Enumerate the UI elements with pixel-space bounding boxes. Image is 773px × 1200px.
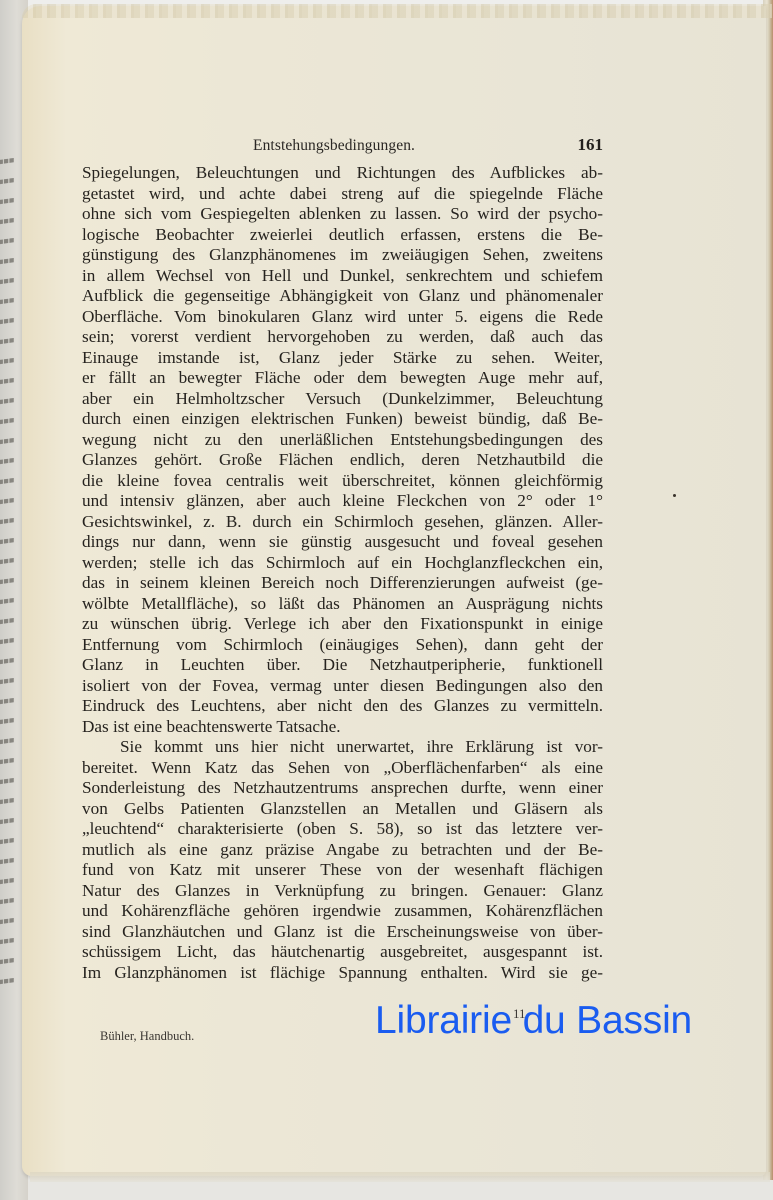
text-line: Gesichtswinkel, z. B. durch ein Schirmlo…: [82, 512, 603, 533]
text-line: und Kohärenzfläche gehören irgendwie zus…: [82, 901, 603, 922]
text-line: Glanz in Leuchten über. Die Netzhautperi…: [82, 655, 603, 676]
page-number: 161: [578, 135, 604, 155]
running-head: Entstehungsbedingungen. 161: [253, 135, 603, 157]
text-line: Natur des Glanzes in Verknüpfung zu brin…: [82, 881, 603, 902]
text-line-paragraph-start: Sie kommt uns hier nicht unerwartet, ihr…: [82, 737, 603, 758]
footer-signature: Bühler, Handbuch.: [100, 1029, 194, 1044]
text-line: logische Beobachter zweierlei deutlich e…: [82, 225, 603, 246]
text-line: „leuchtend“ charakterisierte (oben S. 58…: [82, 819, 603, 840]
text-line: Oberfläche. Vom binokularen Glanz wird u…: [82, 307, 603, 328]
text-line: durch einen einzigen elektrischen Funken…: [82, 409, 603, 430]
paper-speck: [673, 494, 676, 497]
text-line: wölbte Metallfläche), so läßt das Phänom…: [82, 594, 603, 615]
text-line: ohne sich vom Gespiegelten ablenken zu l…: [82, 204, 603, 225]
text-line: schüssigem Licht, das häutchenartig ausg…: [82, 942, 603, 963]
text-line: aber ein Helmholtzscher Versuch (Dunkelz…: [82, 389, 603, 410]
text-line: isoliert von der Fovea, vermag unter die…: [82, 676, 603, 697]
text-line: getastet wird, und achte dabei streng au…: [82, 184, 603, 205]
text-line: Eindruck des Leuchtens, aber nicht den d…: [82, 696, 603, 717]
text-line: Entfernung vom Schirmloch (einäugiges Se…: [82, 635, 603, 656]
text-line: sein; vorerst verdient hervorgehoben zu …: [82, 327, 603, 348]
watermark-librairie: Librairie du Bassin: [375, 999, 692, 1043]
text-line: zu wünschen übrig. Verlege ich aber den …: [82, 614, 603, 635]
text-line: von Gelbs Patienten Glanzstellen an Meta…: [82, 799, 603, 820]
text-line: und intensiv glänzen, aber auch kleine F…: [82, 491, 603, 512]
text-line: mutlich als eine ganz präzise Angabe zu …: [82, 840, 603, 861]
text-line: Spiegelungen, Beleuchtungen und Richtung…: [82, 163, 603, 184]
text-line: wegung nicht zu den unerläßlichen Entste…: [82, 430, 603, 451]
deckled-bottom-edge: [30, 1172, 770, 1182]
deckled-top-edge: [22, 4, 772, 18]
body-text: Spiegelungen, Beleuchtungen und Richtung…: [82, 163, 603, 983]
text-line: die kleine fovea centralis weit überschr…: [82, 471, 603, 492]
text-line: Einauge imstande ist, Glanz jeder Stärke…: [82, 348, 603, 369]
text-line: Glanzes gehört. Große Flächen endlich, d…: [82, 450, 603, 471]
text-line: bereitet. Wenn Katz das Sehen von „Oberf…: [82, 758, 603, 779]
running-title: Entstehungsbedingungen.: [253, 137, 415, 155]
text-line: fund von Katz mit unserer These von der …: [82, 860, 603, 881]
text-line: das in seinem kleinen Bereich noch Diffe…: [82, 573, 603, 594]
text-line: in allem Wechsel von Hell und Dunkel, se…: [82, 266, 603, 287]
text-line: Aufblick die gegenseitige Abhängigkeit v…: [82, 286, 603, 307]
text-line: er fällt an bewegter Fläche oder dem bew…: [82, 368, 603, 389]
text-line-paragraph-end: Das ist eine beachtenswerte Tatsache.: [82, 717, 603, 738]
text-line: dings nur dann, wenn sie günstig ausgesu…: [82, 532, 603, 553]
text-line: sind Glanzhäutchen und Glanz ist die Ers…: [82, 922, 603, 943]
text-line: Sonderleistung des Netzhautzentrums ansp…: [82, 778, 603, 799]
text-line: werden; stelle ich das Schirmloch auf ei…: [82, 553, 603, 574]
text-line: Im Glanzphänomen ist flächige Spannung e…: [82, 963, 603, 984]
text-line: günstigung des Glanzphänomenes im zweiäu…: [82, 245, 603, 266]
